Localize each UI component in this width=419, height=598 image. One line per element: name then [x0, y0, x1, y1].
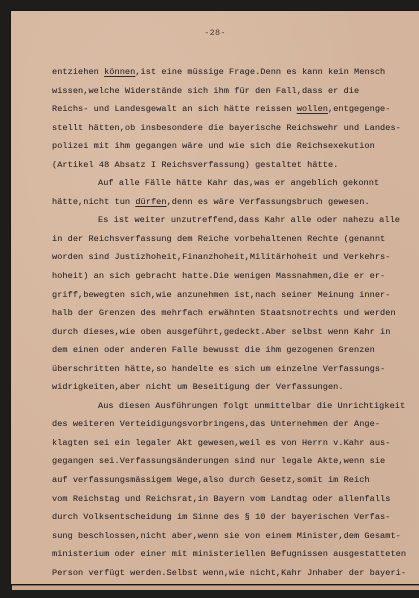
document-page: -28- entziehen können,ist eine müssige F… — [11, 11, 419, 584]
text-line: klagten sei ein legaler Akt gewesen,weil… — [52, 434, 412, 453]
page-number: -28- — [11, 28, 419, 38]
text-line: Auf alle Fälle hätte Kahr das,was er ang… — [52, 174, 412, 193]
text-line: hätte,nicht tun dürfen,denn es wäre Verf… — [52, 193, 412, 212]
text-line: gegangen sei.Verfassungsänderungen sind … — [52, 452, 412, 471]
text-line: wissen,welche Widerstände sich ihm für d… — [52, 82, 412, 101]
text-line: (Artikel 48 Absatz I Reichsverfassung) g… — [52, 156, 412, 175]
text-line: sung beschlossen,nicht aber,wenn sie von… — [52, 527, 412, 546]
text-line: Aus diesen Ausführungen folgt unmittelba… — [52, 397, 412, 416]
text-line: dem einen oder anderen Falle bewusst die… — [52, 341, 412, 360]
page-bottom-edge — [12, 585, 419, 590]
text-segment: hätte,nicht tun — [52, 197, 135, 207]
text-line: des weiteren Verteidigungsvorbringens,da… — [52, 415, 412, 434]
text-line: entziehen können,ist eine müssige Frage.… — [52, 63, 412, 82]
text-segment: Reichs- und Landesgewalt an sich hätte r… — [52, 104, 297, 114]
underlined-word: können — [104, 67, 135, 77]
text-line: auf verfassungsmässigem Wege,also durch … — [52, 471, 412, 490]
text-line: widrigkeiten,aber nicht um Beseitigung d… — [52, 378, 412, 397]
text-line: in der Reichsverfassung dem Reiche vorbe… — [52, 230, 412, 249]
text-segment: ,ist eine müssige Frage.Denn es kann kei… — [135, 67, 385, 77]
text-segment: entziehen — [52, 67, 104, 77]
text-line: ministerium oder einer mit ministerielle… — [52, 545, 412, 564]
text-line: stellt hätten,ob insbesondere die bayeri… — [52, 119, 412, 138]
text-segment: ,entgegenge- — [328, 104, 391, 114]
text-line: hoheit) an sich gebracht hatte.Die wenig… — [52, 267, 412, 286]
underlined-word: wollen — [297, 104, 328, 114]
text-line: durch Volksentscheidung im Sinne des § 1… — [52, 508, 412, 527]
typewritten-text-body: entziehen können,ist eine müssige Frage.… — [52, 63, 412, 582]
underlined-word: dürfen — [135, 197, 166, 207]
text-line: vom Reichstag und Reichsrat,in Bayern vo… — [52, 490, 412, 509]
text-line: Reichs- und Landesgewalt an sich hätte r… — [52, 100, 412, 119]
text-line: durch dieses,wie oben ausgeführt,gedeckt… — [52, 323, 412, 342]
text-line: Person verfügt werden.Selbst wenn,wie ni… — [52, 564, 412, 583]
text-segment: ,denn es wäre Verfassungsbruch gewesen. — [167, 197, 370, 207]
text-line: griff,bewegten sich,wie anzunehmen ist,n… — [52, 286, 412, 305]
text-line: halb der Grenzen des mehrfach erwähnten … — [52, 304, 412, 323]
text-line: überschritten hätte,so handelte es sich … — [52, 360, 412, 379]
text-line: polizei mit ihm gegangen wäre und wie si… — [52, 137, 412, 156]
text-line: worden sind Justizhoheit,Finanzhoheit,Mi… — [52, 248, 412, 267]
text-line: Es ist weiter unzutreffend,dass Kahr all… — [52, 211, 412, 230]
